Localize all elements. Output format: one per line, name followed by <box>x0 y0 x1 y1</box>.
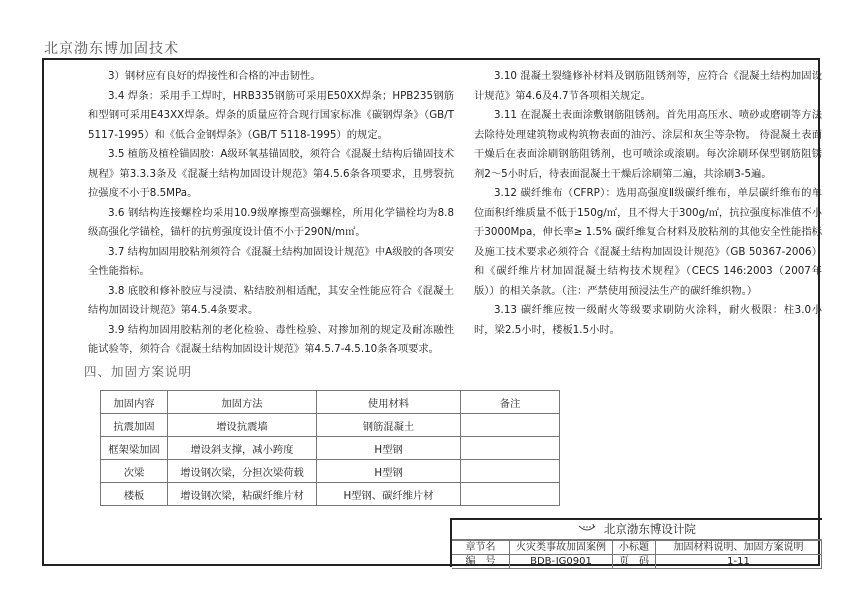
subtitle-label: 小标题 <box>613 541 656 555</box>
table-cell <box>461 414 560 437</box>
paragraph: 3.4 焊条：采用手工焊时，HRB335钢筋可采用E50XX焊条；HPB235钢… <box>88 87 454 146</box>
table-cell: 增设钢次梁，分担次梁荷载 <box>168 460 317 483</box>
table-cell: H型钢 <box>317 437 461 460</box>
page-value: 1-11 <box>656 555 822 569</box>
table-cell: 楼板 <box>101 483 168 506</box>
table-cell: 抗震加固 <box>101 414 168 437</box>
title-block-table: 章节名 火灾类事故加固案例 小标题 加固材料说明、加固方案说明 编 号 BDB-… <box>452 540 822 569</box>
title-block-institute: 北京渤东博设计院 <box>452 520 822 540</box>
left-text-column: 3）钢材应有良好的焊接性和合格的冲击韧性。 3.4 焊条：采用手工焊时，HRB3… <box>88 67 454 360</box>
header-cell: 加固内容 <box>101 391 168 414</box>
paragraph: 3.12 碳纤维布（CFRP）：选用高强度Ⅱ级碳纤维布，单层碳纤维布的单位面积纤… <box>474 184 822 301</box>
paragraph: 3.11 在混凝土表面涂敷钢筋阻锈剂。首先用高压水、喷砂或磨刷等方法去除待处理建… <box>474 106 822 184</box>
table-cell: 增设抗震墙 <box>168 414 317 437</box>
table-cell: 框架梁加固 <box>101 437 168 460</box>
number-value: BDB-JG0901 <box>510 555 613 569</box>
table-cell <box>461 437 560 460</box>
table-row: 抗震加固 增设抗震墙 钢筋混凝土 <box>101 414 560 437</box>
table-cell: 钢筋混凝土 <box>317 414 461 437</box>
institute-logo-icon <box>578 520 596 539</box>
table-cell: 增设斜支撑，减小跨度 <box>168 437 317 460</box>
paragraph: 3.7 结构加固用胶粘剂须符合《混凝土结构加固设计规范》中A级胶的各项安全性能指… <box>88 243 454 282</box>
table-cell: 增设钢次梁，粘碳纤维片材 <box>168 483 317 506</box>
table-header-row: 加固内容 加固方法 使用材料 备注 <box>101 391 560 414</box>
paragraph: 3.5 植筋及植栓锚固胶：A级环氧基锚固胶，须符合《混凝土结构后锚固技术规程》第… <box>88 145 454 204</box>
reinforcement-plan-table: 加固内容 加固方法 使用材料 备注 抗震加固 增设抗震墙 钢筋混凝土 框架梁加固… <box>100 390 560 506</box>
paragraph: 3.6 钢结构连接螺栓均采用10.9级摩擦型高强螺栓，所用化学锚栓均为8.8级高… <box>88 204 454 243</box>
title-block: 北京渤东博设计院 章节名 火灾类事故加固案例 小标题 加固材料说明、加固方案说明… <box>450 518 822 567</box>
paragraph: 3.13 碳纤维应按一级耐火等级要求刷防火涂料，耐火极限：柱3.0小时，梁2.5… <box>474 301 822 340</box>
chapter-value: 火灾类事故加固案例 <box>510 541 613 555</box>
header-cell: 备注 <box>461 391 560 414</box>
paragraph: 3.10 混凝土裂缝修补材料及钢筋阻锈剂等，应符合《混凝土结构加固设计规范》第4… <box>474 67 822 106</box>
section-title: 四、加固方案说明 <box>84 362 192 380</box>
table-cell: H型钢、碳纤维片材 <box>317 483 461 506</box>
document-header-title: 北京渤东博加固技术 <box>44 38 179 58</box>
right-text-column: 3.10 混凝土裂缝修补材料及钢筋阻锈剂等，应符合《混凝土结构加固设计规范》第4… <box>474 67 822 340</box>
table-cell <box>461 460 560 483</box>
subtitle-value: 加固材料说明、加固方案说明 <box>656 541 822 555</box>
header-cell: 加固方法 <box>168 391 317 414</box>
table-row: 楼板 增设钢次梁，粘碳纤维片材 H型钢、碳纤维片材 <box>101 483 560 506</box>
paragraph: 3）钢材应有良好的焊接性和合格的冲击韧性。 <box>88 67 454 87</box>
paragraph: 3.8 底胶和修补胶应与浸渍、粘结胶剂相适配，其安全性能应符合《混凝土结构加固设… <box>88 282 454 321</box>
page-label: 页 码 <box>613 555 656 569</box>
table-cell <box>461 483 560 506</box>
paragraph: 3.9 结构加固用胶粘剂的老化检验、毒性检验、对掺加剂的规定及耐冻融性能试验等，… <box>88 321 454 360</box>
institute-name: 北京渤东博设计院 <box>604 522 696 536</box>
header-cell: 使用材料 <box>317 391 461 414</box>
number-label: 编 号 <box>452 555 510 569</box>
table-cell: H型钢 <box>317 460 461 483</box>
table-row: 框架梁加固 增设斜支撑，减小跨度 H型钢 <box>101 437 560 460</box>
table-cell: 次梁 <box>101 460 168 483</box>
table-row: 次梁 增设钢次梁，分担次梁荷载 H型钢 <box>101 460 560 483</box>
chapter-label: 章节名 <box>452 541 510 555</box>
